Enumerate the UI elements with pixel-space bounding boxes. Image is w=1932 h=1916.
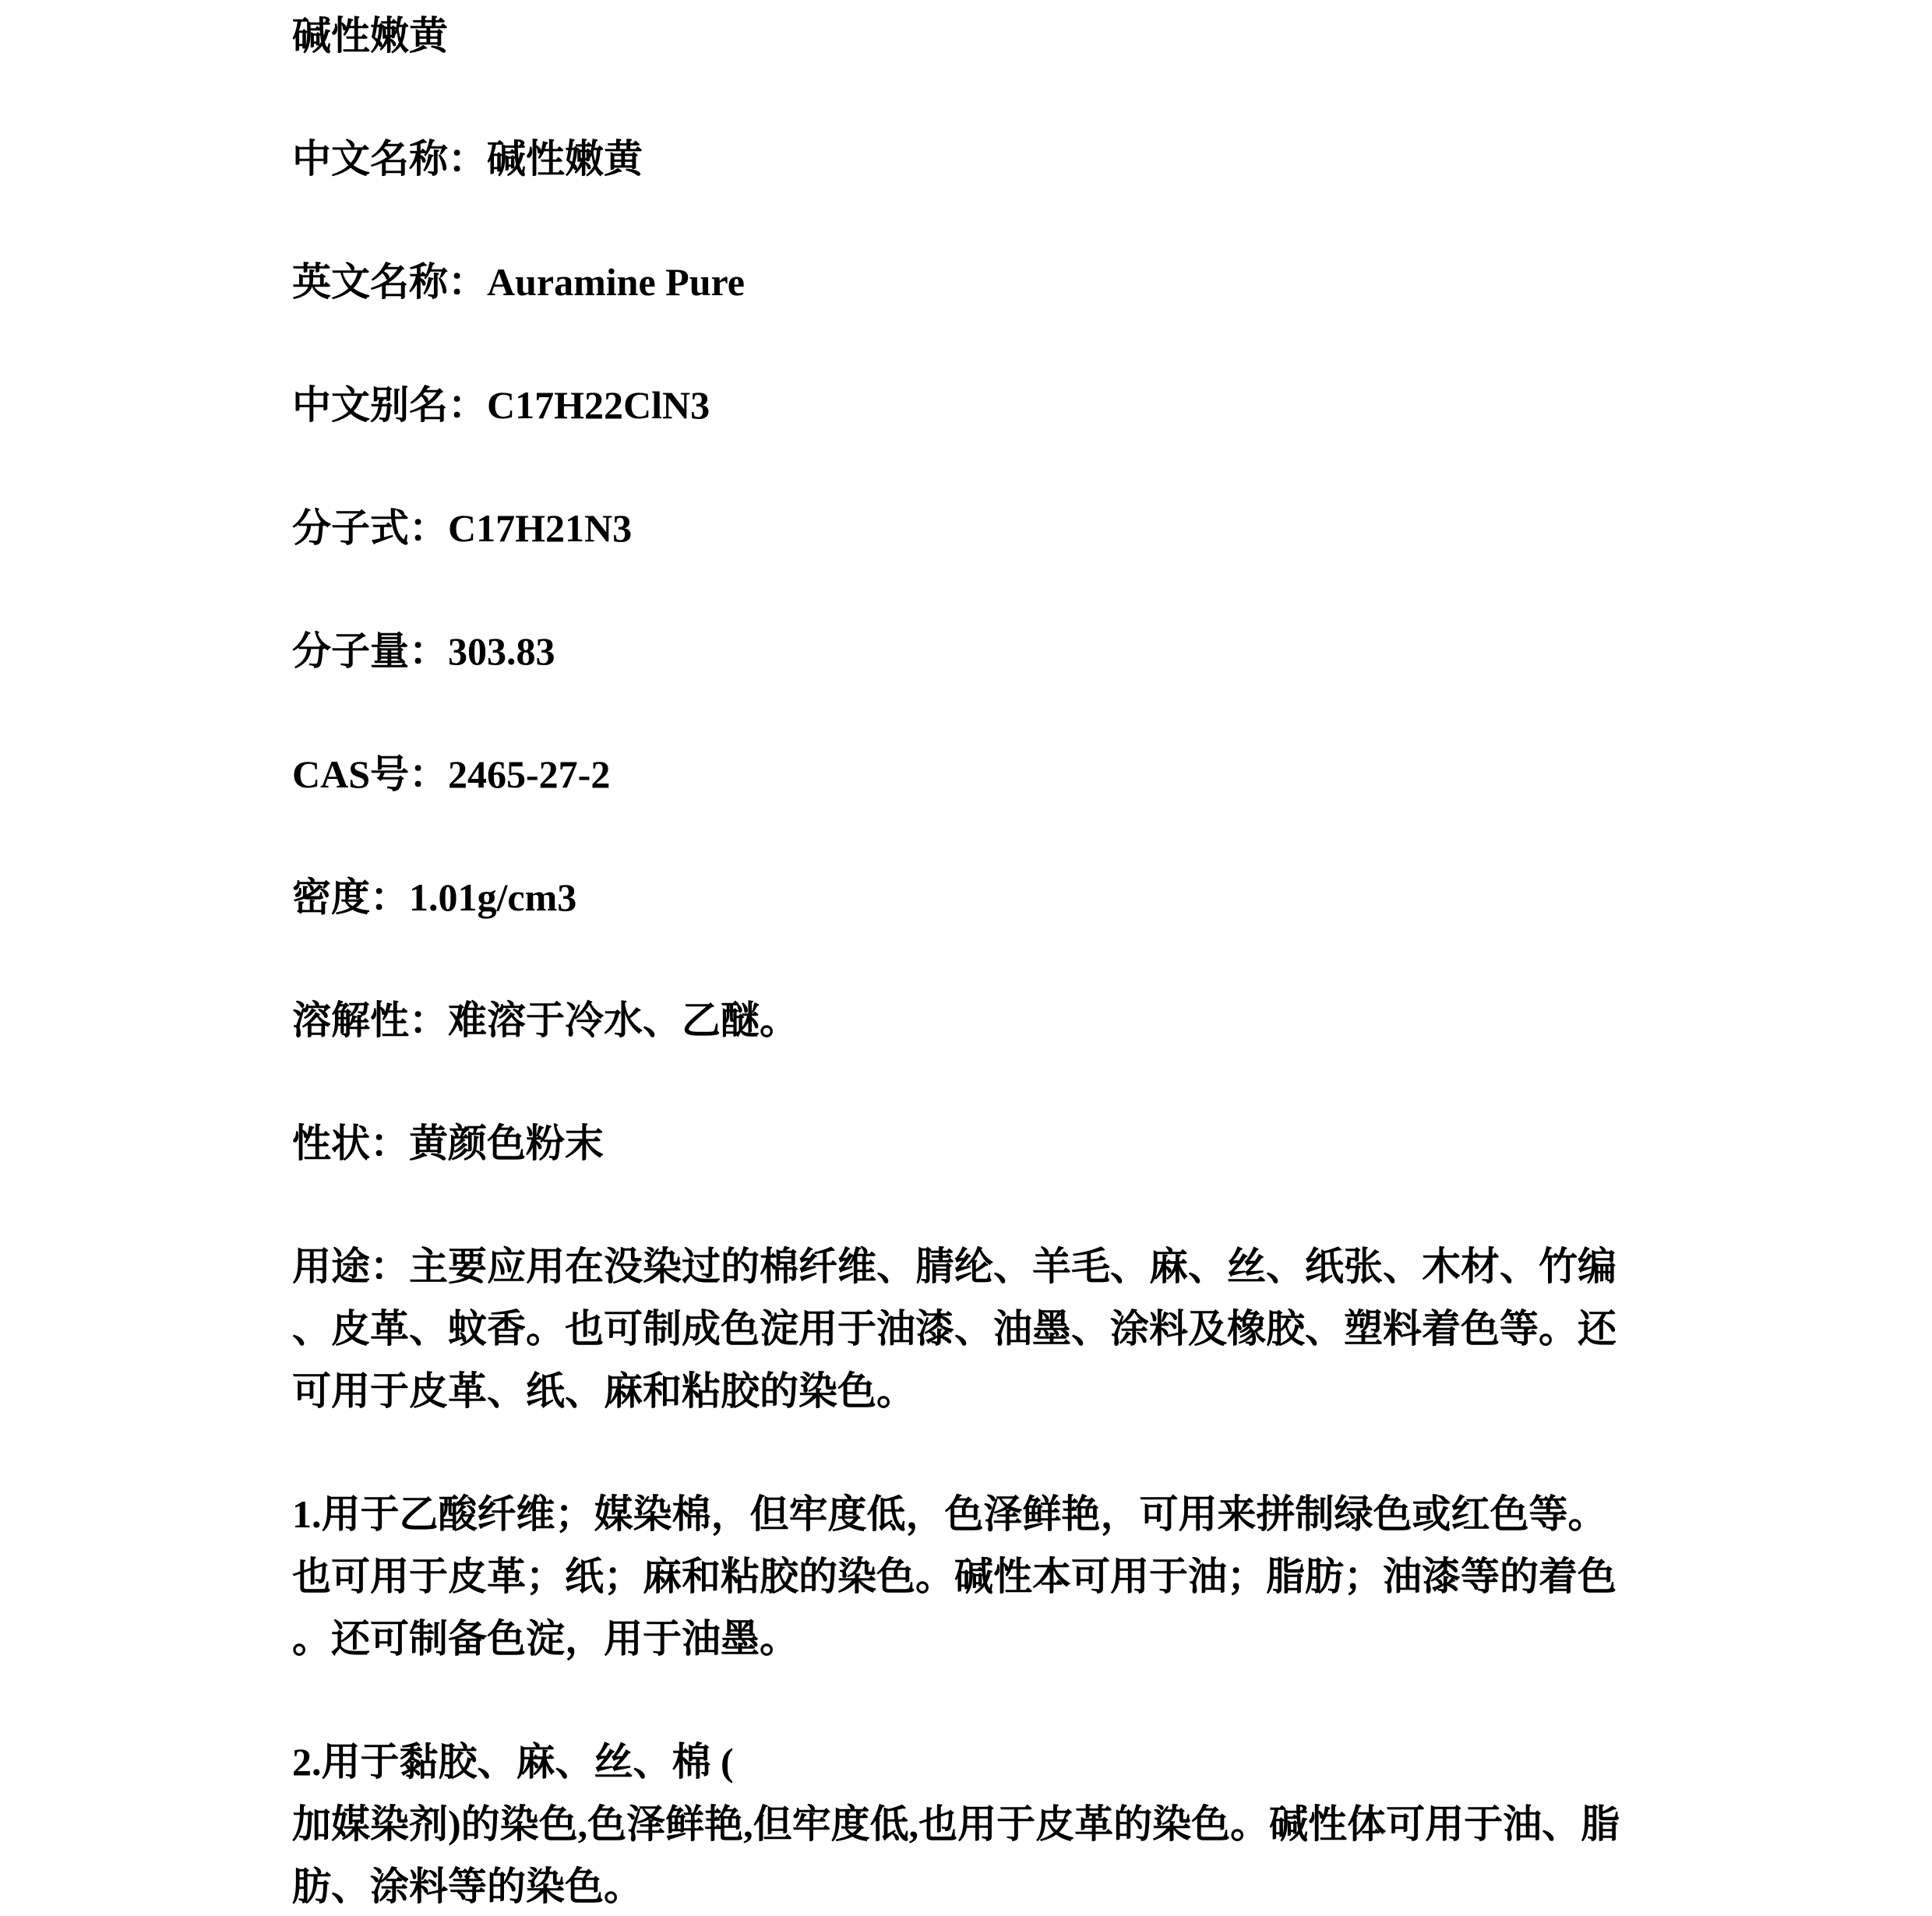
usage-item-text: 用于黏胶、麻、丝、棉 ( 加媒染剂)的染色,色泽鲜艳,但牢度低,也用于皮革的染色… [292, 1740, 1620, 1908]
usage-item-text: 用于乙酸纤维；媒染棉，但牢度低，色泽鲜艳，可用来拼制绿色或红色等。 也可用于皮革… [292, 1492, 1616, 1661]
field-value: C17H22ClN3 [487, 383, 710, 427]
usage-text: 主要应用在没染过的棉纤维、腈纶、羊毛、麻、丝、纸张、木材、竹编 、皮革、蚊香。也… [292, 1245, 1616, 1413]
paragraph-usage: 用途：主要应用在没染过的棉纤维、腈纶、羊毛、麻、丝、纸张、木材、竹编 、皮革、蚊… [292, 1235, 1671, 1422]
document-page: 碱性嫩黄 中文名称：碱性嫩黄 英文名称：Auramine Pure 中文别名：C… [0, 0, 1932, 1916]
field-value: Auramine Pure [487, 260, 745, 304]
field-label: CAS号： [292, 752, 448, 796]
field-label: 分子量： [292, 629, 448, 673]
field-label: 英文名称： [292, 260, 487, 304]
field-appearance: 性状：黄颜色粉末 [292, 1112, 1671, 1175]
field-value: 1.01g/cm3 [409, 875, 576, 919]
paragraph-usage-item-1: 1.用于乙酸纤维；媒染棉，但牢度低，色泽鲜艳，可用来拼制绿色或红色等。 也可用于… [292, 1483, 1671, 1670]
usage-label: 用途： [292, 1245, 409, 1288]
field-value: 2465-27-2 [448, 752, 610, 796]
field-value: 碱性嫩黄 [487, 137, 643, 181]
field-label: 中文别名： [292, 383, 487, 427]
field-value: 难溶于冷水、乙醚。 [448, 999, 799, 1042]
field-density: 密度：1.01g/cm3 [292, 866, 1671, 928]
field-value: 黄颜色粉末 [409, 1122, 604, 1165]
field-value: 303.83 [448, 629, 555, 673]
field-molecular-weight: 分子量：303.83 [292, 620, 1671, 682]
field-label: 溶解性： [292, 999, 448, 1042]
paragraph-usage-item-2: 2.用于黏胶、麻、丝、棉 ( 加媒染剂)的染色,色泽鲜艳,但牢度低,也用于皮革的… [292, 1731, 1671, 1916]
list-marker: 1. [292, 1492, 322, 1536]
field-chinese-name: 中文名称：碱性嫩黄 [292, 128, 1671, 190]
field-label: 密度： [292, 875, 409, 919]
field-english-name: 英文名称：Auramine Pure [292, 251, 1671, 313]
field-label: 分子式： [292, 506, 448, 550]
field-solubility: 溶解性：难溶于冷水、乙醚。 [292, 989, 1671, 1051]
field-label: 性状： [292, 1122, 409, 1165]
field-value: C17H21N3 [448, 506, 632, 550]
page-title: 碱性嫩黄 [292, 5, 1671, 67]
field-chinese-alias: 中文别名：C17H22ClN3 [292, 374, 1671, 436]
field-molecular-formula: 分子式：C17H21N3 [292, 497, 1671, 559]
field-cas-number: CAS号：2465-27-2 [292, 743, 1671, 805]
field-label: 中文名称： [292, 137, 487, 181]
list-marker: 2. [292, 1740, 322, 1784]
